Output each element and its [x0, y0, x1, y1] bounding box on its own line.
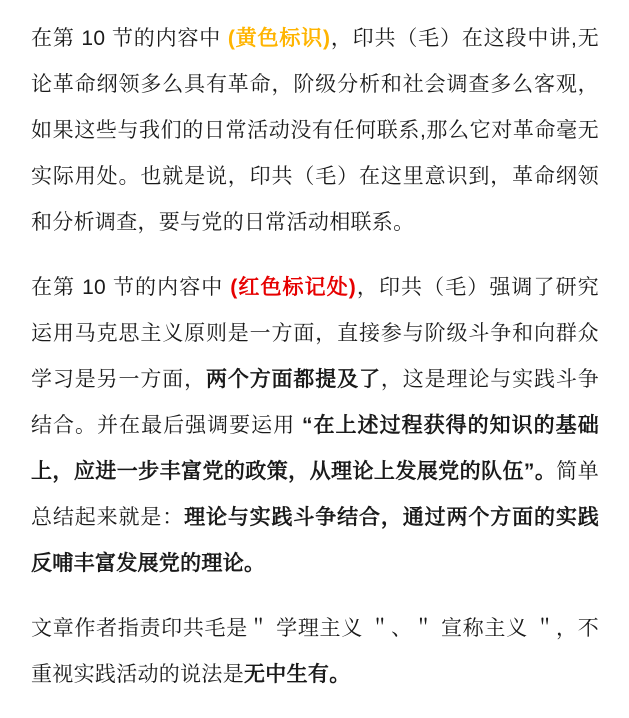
text-run-yellow: (黄色标识) [228, 27, 330, 50]
paragraph-yellow-section: 在第 10 节的内容中 (黄色标识)，印共（毛）在这段中讲,无论革命纲领多么具有… [31, 16, 599, 246]
text-run-red: (红色标记处) [230, 276, 356, 299]
document-body: 在第 10 节的内容中 (黄色标识)，印共（毛）在这段中讲,无论革命纲领多么具有… [31, 16, 599, 698]
text-run-normal: ，印共（毛）在这段中讲,无论革命纲领多么具有革命，阶级分析和社会调查多么客观，如… [31, 27, 599, 234]
text-run-normal: 在第 10 节的内容中 [31, 276, 230, 299]
text-run-normal: 在第 10 节的内容中 [31, 27, 228, 50]
paragraph-author-critique: 文章作者指责印共毛是＂ 学理主义 ＂、＂ 宣称主义 ＂，不重视实践活动的说法是无… [31, 606, 599, 698]
text-run-bold: 无中生有。 [244, 663, 351, 686]
text-run-bold: 两个方面都提及了 [206, 368, 381, 391]
paragraph-red-section: 在第 10 节的内容中 (红色标记处)，印共（毛）强调了研究运用马克思主义原则是… [31, 265, 599, 587]
